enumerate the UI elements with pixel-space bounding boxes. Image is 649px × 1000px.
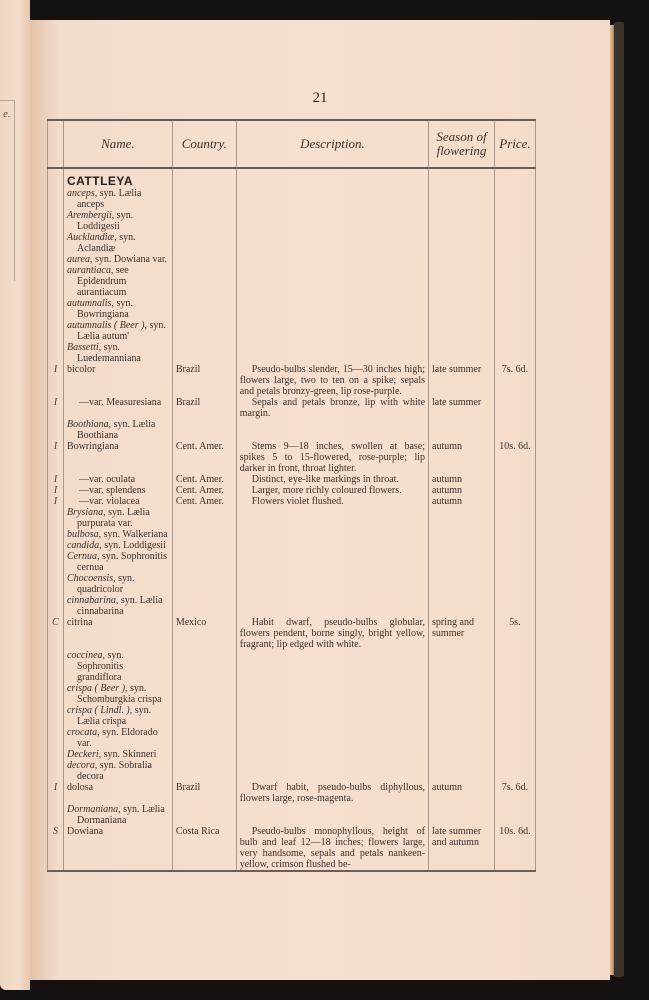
synonym-entry: Chocoensis, syn. quadricolor [67,573,169,595]
country: Cent. Amer. [172,496,236,507]
header-description: Description. [236,120,428,168]
table-row: I bicolor Brazil Pseudo-bulbs slender, 1… [48,364,536,397]
price [494,474,535,485]
genus-heading: CATTLEYA [67,176,169,187]
synonym-entry: aurea, syn. Dowiana var. [67,254,169,265]
table-row: I Bowringiana Cent. Amer. Stems 9—18 inc… [48,441,536,474]
table-row: I dolosa Brazil Dwarf habit, pseudo-bulb… [48,782,536,804]
book-binding [614,22,624,977]
price [494,397,535,419]
synonym-entry: Boothiana, syn. Lælia Boothiana [67,419,169,441]
description: Habit dwarf, pseudo-bulbs globular, flow… [240,617,425,650]
season: late summer and autumn [429,826,495,871]
synonym-entry: anceps, syn. Lælia anceps [67,188,169,210]
country: Cent. Amer. [172,441,236,474]
country: Mexico [172,617,236,650]
culture-mark: I [48,397,64,419]
synonym-entry: Aucklandiæ, syn. Aclandiæ [67,232,169,254]
description: Flowers violet flushed. [240,496,425,507]
description: Distinct, eye-like markings in throat. [240,474,425,485]
description: Larger, more richly coloured flowers. [240,485,425,496]
synonym-entry: aurantiaca, see Epidendrum aurantiacum [67,265,169,298]
synonym-entry: crispa ( Lindl. ), syn. Lælia crispa [67,705,169,727]
left-page-text-fragment: e. [3,108,11,120]
culture-mark: I [48,782,64,804]
price: 10s. 6d. [494,441,535,474]
culture-mark: I [48,441,64,474]
table-row: C citrina Mexico Habit dwarf, pseudo-bul… [48,617,536,650]
table-row: S Dowiana Costa Rica Pseudo-bulbs monoph… [48,826,536,871]
table-row: I —var. Measuresiana Brazil Sepals and p… [48,397,536,419]
culture-mark: I [48,485,64,496]
header-mark [48,120,64,168]
species-name: Dowiana [63,826,172,871]
season: late summer [429,364,495,397]
synonym-entry: Bassetti, syn. Luedemanniana [67,342,169,364]
header-row: Name. Country. Description. Season of fl… [48,120,536,168]
synonym-entry: Deckeri, syn. Skinneri [67,749,169,760]
variety-name: —var. violacea [67,496,169,507]
country: Brazil [172,397,236,419]
left-page-edge: e. [0,0,30,990]
price: 5s. [494,617,535,650]
variety-name: —var. splendens [67,485,169,496]
header-price: Price. [494,120,535,168]
synonym-entry: candida, syn. Loddigesii [67,540,169,551]
description: Pseudo-bulbs slender, 15—30 inches high;… [240,364,425,397]
synonym-entry: bulbosa, syn. Walkeriana [67,529,169,540]
culture-mark: S [48,826,64,871]
synonym-entry: coccinea, syn. Sophronitis grandiflora [67,650,169,683]
price: 7s. 6d. [494,782,535,804]
synonym-entry: crispa ( Beer ), syn. Schomburgkia crisp… [67,683,169,705]
season: late summer [429,397,495,419]
season: autumn [429,496,495,507]
season: autumn [429,441,495,474]
culture-mark: C [48,617,64,650]
table-row: Brysiana, syn. Lælia purpurata var. bulb… [48,507,536,617]
orchid-catalog-table: Name. Country. Description. Season of fl… [47,119,536,872]
culture-mark: I [48,474,64,485]
table-row: I —var. oculata Cent. Amer. Distinct, ey… [48,474,536,485]
culture-mark: I [48,364,64,397]
country: Brazil [172,782,236,804]
price [494,485,535,496]
table-row: I —var. splendens Cent. Amer. Larger, mo… [48,485,536,496]
synonym-entry: Cernua, syn. Sophronitis cernua [67,551,169,573]
species-name: citrina [63,617,172,650]
left-page-table-fragment [0,100,15,281]
species-name: dolosa [63,782,172,804]
header-season: Season of flowering [429,120,495,168]
country: Cent. Amer. [172,485,236,496]
price: 7s. 6d. [494,364,535,397]
variety-name: —var. oculata [67,474,169,485]
price [494,496,535,507]
table-row: Dormaniana, syn. Lælia Dormaniana [48,804,536,826]
country: Costa Rica [172,826,236,871]
season: autumn [429,474,495,485]
header-name: Name. [63,120,172,168]
synonym-entry: crocata, syn. Eldorado var. [67,727,169,749]
country: Brazil [172,364,236,397]
synonym-entry: Brysiana, syn. Lælia purpurata var. [67,507,169,529]
synonym-entry: Arembergii, syn. Loddigesii [67,210,169,232]
table-row: I —var. violacea Cent. Amer. Flowers vio… [48,496,536,507]
page-number: 21 [30,90,610,107]
culture-mark: I [48,496,64,507]
country: Cent. Amer. [172,474,236,485]
synonym-entry: cinnabarina, syn. Lælia cinnabarina [67,595,169,617]
synonym-entry: decora, syn. Sobralia decora [67,760,169,782]
synonym-entry: autumnalis, syn. Bowringiana [67,298,169,320]
price: 10s. 6d. [494,826,535,871]
book-page: 21 Name. Country. Description. Season of… [30,20,610,980]
season: spring and summer [429,617,495,650]
variety-name: —var. Measuresiana [67,397,169,408]
table-row: coccinea, syn. Sophronitis grandiflora c… [48,650,536,782]
description: Dwarf habit, pseudo-bulbs diphyllous, fl… [240,782,425,804]
description: Pseudo-bulbs monophyllous, height of bul… [240,826,425,870]
species-name: bicolor [63,364,172,397]
table-row: Boothiana, syn. Lælia Boothiana [48,419,536,441]
season: autumn [429,485,495,496]
header-country: Country. [172,120,236,168]
synonym-entry: autumnalis ( Beer ), syn. Lælia autum' [67,320,169,342]
description: Stems 9—18 inches, swollen at base; spik… [240,441,425,474]
table-row: CATTLEYA anceps, syn. Lælia anceps Aremb… [48,168,536,364]
description: Sepals and petals bronze, lip with white… [240,397,425,419]
synonym-entry: Dormaniana, syn. Lælia Dormaniana [67,804,169,826]
species-name: Bowringiana [63,441,172,474]
season: autumn [429,782,495,804]
